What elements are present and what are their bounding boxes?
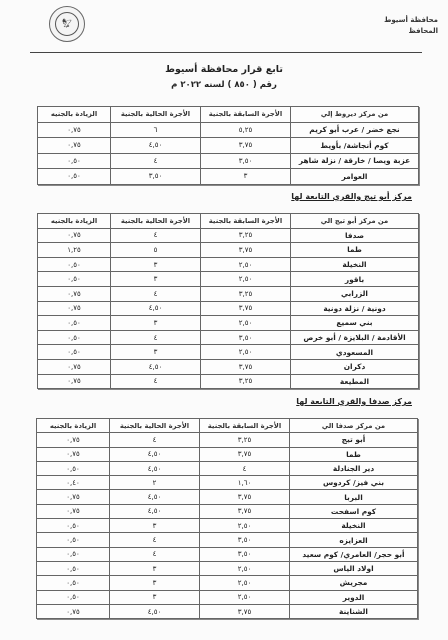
increase-cell: ٠,٧٥ xyxy=(37,490,110,504)
table-row: نجع خضر / عرب أبو كريم٥,٢٥٦٠,٧٥ xyxy=(38,122,419,138)
increase-cell: ٠,٧٥ xyxy=(37,504,110,518)
current-fare-cell: ٤,٥٠ xyxy=(111,359,201,374)
current-fare-cell: ٣ xyxy=(111,272,201,287)
destination-cell: المسعودي xyxy=(291,345,419,360)
table-row: النخيلة٢,٥٠٣٠,٥٠ xyxy=(38,257,419,272)
previous-fare-cell: ٣,٧٥ xyxy=(201,301,291,316)
current-fare-cell: ٣ xyxy=(110,590,200,604)
destination-cell: طما xyxy=(290,447,418,461)
increase-cell: ٠,٥٠ xyxy=(38,272,111,287)
current-fare-cell: ٦ xyxy=(111,122,201,138)
previous-fare-cell: ٣,٧٥ xyxy=(200,604,290,618)
table-header-row: من مركز أبو تيج اليالأجرة السابقة بالجني… xyxy=(38,214,419,229)
destination-cell: أبو تيج xyxy=(290,433,418,447)
destination-cell: الزرابي xyxy=(291,286,419,301)
table-row: دونية / نزلة دونية٣,٧٥٤,٥٠٠,٧٥ xyxy=(38,301,419,316)
destination-cell: بني سميع xyxy=(291,316,419,331)
table-header-row: من مركز ديروط إليالأجرة السابقة بالجنيةا… xyxy=(38,107,419,123)
previous-fare-cell: ٣,٧٥ xyxy=(200,504,290,518)
table-row: بني سميع٢,٥٠٣٠,٥٠ xyxy=(38,316,419,331)
table-row: الزرابي٣,٢٥٤٠,٧٥ xyxy=(38,286,419,301)
previous-fare-cell: ٢,٥٠ xyxy=(201,272,291,287)
column-header-from: من مركز أبو تيج الي xyxy=(291,214,419,229)
destination-cell: مجريش xyxy=(290,576,418,590)
previous-fare-cell: ٥,٢٥ xyxy=(201,122,291,138)
destination-cell: بني فيز/ كردوس xyxy=(290,476,418,490)
current-fare-cell: ٣,٥٠ xyxy=(111,169,201,185)
column-header-current-fare: الأجرة الحالية بالجنية xyxy=(111,107,201,123)
current-fare-cell: ٤,٥٠ xyxy=(110,504,200,518)
previous-fare-cell: ٣,٢٥ xyxy=(201,228,291,243)
column-header-from: من مركز ديروط إلي xyxy=(291,107,419,123)
increase-cell: ٠,٥٠ xyxy=(37,461,110,475)
current-fare-cell: ٣ xyxy=(110,561,200,575)
increase-cell: ٠,٧٥ xyxy=(38,374,111,389)
increase-cell: ٠,٥٠ xyxy=(38,330,111,345)
destination-cell: طما xyxy=(291,243,419,258)
destination-cell: دونية / نزلة دونية xyxy=(291,301,419,316)
previous-fare-cell: ٢,٥٠ xyxy=(201,345,291,360)
increase-cell: ٠,٥٠ xyxy=(38,153,111,169)
destination-cell: كوم اسفحت xyxy=(290,504,418,518)
table-row: المسعودي٢,٥٠٣٠,٥٠ xyxy=(38,345,419,360)
increase-cell: ٠,٥٠ xyxy=(37,590,110,604)
previous-fare-cell: ٢,٥٠ xyxy=(201,316,291,331)
table-row: النخيلة٢,٥٠٣٠,٥٠ xyxy=(37,519,418,533)
destination-cell: النخيلة xyxy=(290,519,418,533)
table-row: كوم اسفحت٣,٧٥٤,٥٠٠,٧٥ xyxy=(37,504,418,518)
current-fare-cell: ٤ xyxy=(110,433,200,447)
increase-cell: ٠,٥٠ xyxy=(38,257,111,272)
table-row: دكران٣,٧٥٤,٥٠٠,٧٥ xyxy=(38,359,419,374)
increase-cell: ٠,٧٥ xyxy=(37,433,110,447)
destination-cell: المطيعة xyxy=(291,374,419,389)
decree-number: رقم ( ٨٥٠ ) لسنه ٢٠٢٢ م xyxy=(0,80,448,90)
current-fare-cell: ٣ xyxy=(111,345,201,360)
increase-cell: ٠,٥٠ xyxy=(38,316,111,331)
table-row: باقور٢,٥٠٣٠,٥٠ xyxy=(38,272,419,287)
increase-cell: ٠,٥٠ xyxy=(38,345,111,360)
column-header-previous-fare: الأجرة السابقة بالجنية xyxy=(201,107,291,123)
table-row: دير الجنادلة٤٤,٥٠٠,٥٠ xyxy=(37,461,418,475)
destination-cell: عزبة ويصا / خارقة / نزلة شاهر xyxy=(291,153,419,169)
current-fare-cell: ٤,٥٠ xyxy=(110,461,200,475)
eagle-icon: 🦅︎ xyxy=(55,12,79,36)
previous-fare-cell: ٣,٢٥ xyxy=(200,433,290,447)
increase-cell: ٠,٧٥ xyxy=(38,138,111,154)
emblem-icon: 🦅︎ xyxy=(49,6,85,42)
increase-cell: ٠,٧٥ xyxy=(37,447,110,461)
previous-fare-cell: ٣,٧٥ xyxy=(200,490,290,504)
increase-cell: ٠,٤٠ xyxy=(37,476,110,490)
increase-cell: ٠,٥٠ xyxy=(37,561,110,575)
table-row: طما٣,٧٥٤,٥٠٠,٧٥ xyxy=(37,447,418,461)
previous-fare-cell: ٣,٢٥ xyxy=(201,374,291,389)
table-row: العزايزه٣,٥٠٤٠,٥٠ xyxy=(37,533,418,547)
current-fare-cell: ٤ xyxy=(110,533,200,547)
letterhead-text: محافظة أسيوط المحافظ xyxy=(372,15,438,37)
destination-cell: العوامر xyxy=(291,169,419,185)
increase-cell: ٠,٧٥ xyxy=(38,286,111,301)
previous-fare-cell: ٣ xyxy=(201,169,291,185)
table-row: طما٣,٧٥٥١,٢٥ xyxy=(38,243,419,258)
current-fare-cell: ٤,٥٠ xyxy=(111,301,201,316)
table-row: أبو حجر/ العامري/ كوم سعيد٣,٥٠٤٠,٥٠ xyxy=(37,547,418,561)
current-fare-cell: ٤,٥٠ xyxy=(111,138,201,154)
section-heading-sidfa: مركز صدفا والقري التابعة لها xyxy=(296,397,412,406)
current-fare-cell: ٣ xyxy=(110,576,200,590)
destination-cell: دير الجنادلة xyxy=(290,461,418,475)
previous-fare-cell: ٣,٧٥ xyxy=(200,447,290,461)
previous-fare-cell: ٢,٥٠ xyxy=(200,576,290,590)
current-fare-cell: ٣ xyxy=(111,257,201,272)
table-row: عزبة ويصا / خارقة / نزلة شاهر٣,٥٠٤٠,٥٠ xyxy=(38,153,419,169)
column-header-current-fare: الأجرة الحالية بالجنية xyxy=(110,419,200,433)
destination-cell: أبو حجر/ العامري/ كوم سعيد xyxy=(290,547,418,561)
destination-cell: النخيلة xyxy=(291,257,419,272)
column-header-current-fare: الأجرة الحالية بالجنية xyxy=(111,214,201,229)
previous-fare-cell: ٤ xyxy=(200,461,290,475)
column-header-increase: الزيادة بالجنيه xyxy=(38,214,111,229)
current-fare-cell: ٣ xyxy=(110,519,200,533)
increase-cell: ٠,٧٥ xyxy=(38,359,111,374)
destination-cell: اولاد الياس xyxy=(290,561,418,575)
current-fare-cell: ٤ xyxy=(111,286,201,301)
current-fare-cell: ٤ xyxy=(111,153,201,169)
destination-cell: كوم أنجاشة/ بأويط xyxy=(291,138,419,154)
previous-fare-cell: ٣,٥٠ xyxy=(201,330,291,345)
increase-cell: ٠,٥٠ xyxy=(38,169,111,185)
previous-fare-cell: ١,٦٠ xyxy=(200,476,290,490)
section-heading-abu-tig: مركز أبو تيج والقري التابعة لها xyxy=(291,192,412,201)
column-header-increase: الزيادة بالجنيه xyxy=(38,107,111,123)
previous-fare-cell: ٢,٥٠ xyxy=(200,519,290,533)
increase-cell: ٠,٧٥ xyxy=(37,604,110,618)
increase-cell: ٠,٥٠ xyxy=(37,547,110,561)
current-fare-cell: ٤ xyxy=(111,330,201,345)
increase-cell: ٠,٥٠ xyxy=(37,519,110,533)
fares-table-sidfa: من مركز صدفا اليالأجرة السابقة بالجنيةال… xyxy=(36,418,418,619)
table-row: الشناينة٣,٧٥٤,٥٠٠,٧٥ xyxy=(37,604,418,618)
table-row: المطيعة٣,٢٥٤٠,٧٥ xyxy=(38,374,419,389)
current-fare-cell: ٤,٥٠ xyxy=(110,604,200,618)
destination-cell: العزايزه xyxy=(290,533,418,547)
column-header-previous-fare: الأجرة السابقة بالجنية xyxy=(201,214,291,229)
current-fare-cell: ٤ xyxy=(110,547,200,561)
previous-fare-cell: ٣,٥٠ xyxy=(201,153,291,169)
destination-cell: الأقادمة / البلايزة / أبو خرص xyxy=(291,330,419,345)
table-row: بني فيز/ كردوس١,٦٠٢٠,٤٠ xyxy=(37,476,418,490)
previous-fare-cell: ٢,٥٠ xyxy=(201,257,291,272)
document-title: تابع قرار محافظة أسيوط xyxy=(0,64,448,75)
table-row: كوم أنجاشة/ بأويط٣,٧٥٤,٥٠٠,٧٥ xyxy=(38,138,419,154)
current-fare-cell: ٣ xyxy=(111,316,201,331)
increase-cell: ٠,٥٠ xyxy=(37,576,110,590)
table-row: أبو تيج٣,٢٥٤٠,٧٥ xyxy=(37,433,418,447)
previous-fare-cell: ٢,٥٠ xyxy=(200,561,290,575)
table-row: اولاد الياس٢,٥٠٣٠,٥٠ xyxy=(37,561,418,575)
table-row: العوامر٣٣,٥٠٠,٥٠ xyxy=(38,169,419,185)
current-fare-cell: ٢ xyxy=(110,476,200,490)
header-divider xyxy=(30,52,422,53)
table-header-row: من مركز صدفا اليالأجرة السابقة بالجنيةال… xyxy=(37,419,418,433)
previous-fare-cell: ٢,٥٠ xyxy=(200,590,290,604)
table-row: مجريش٢,٥٠٣٠,٥٠ xyxy=(37,576,418,590)
current-fare-cell: ٤,٥٠ xyxy=(110,490,200,504)
column-header-previous-fare: الأجرة السابقة بالجنية xyxy=(200,419,290,433)
column-header-from: من مركز صدفا الي xyxy=(290,419,418,433)
current-fare-cell: ٤,٥٠ xyxy=(110,447,200,461)
table-row: الدوير٢,٥٠٣٠,٥٠ xyxy=(37,590,418,604)
fares-table-dairut: من مركز ديروط إليالأجرة السابقة بالجنيةا… xyxy=(37,106,419,185)
current-fare-cell: ٤ xyxy=(111,228,201,243)
destination-cell: باقور xyxy=(291,272,419,287)
destination-cell: البربا xyxy=(290,490,418,504)
destination-cell: الدوير xyxy=(290,590,418,604)
previous-fare-cell: ٣,٢٥ xyxy=(201,286,291,301)
destination-cell: الشناينة xyxy=(290,604,418,618)
increase-cell: ٠,٧٥ xyxy=(38,228,111,243)
previous-fare-cell: ٣,٧٥ xyxy=(201,138,291,154)
increase-cell: ١,٢٥ xyxy=(38,243,111,258)
previous-fare-cell: ٣,٧٥ xyxy=(201,359,291,374)
column-header-increase: الزيادة بالجنيه xyxy=(37,419,110,433)
current-fare-cell: ٤ xyxy=(111,374,201,389)
fares-table-abu-tig: من مركز أبو تيج اليالأجرة السابقة بالجني… xyxy=(37,213,419,389)
destination-cell: صدفا xyxy=(291,228,419,243)
destination-cell: نجع خضر / عرب أبو كريم xyxy=(291,122,419,138)
increase-cell: ٠,٥٠ xyxy=(37,533,110,547)
table-row: البربا٣,٧٥٤,٥٠٠,٧٥ xyxy=(37,490,418,504)
increase-cell: ٠,٧٥ xyxy=(38,122,111,138)
previous-fare-cell: ٣,٥٠ xyxy=(200,547,290,561)
destination-cell: دكران xyxy=(291,359,419,374)
previous-fare-cell: ٣,٧٥ xyxy=(201,243,291,258)
current-fare-cell: ٥ xyxy=(111,243,201,258)
table-row: الأقادمة / البلايزة / أبو خرص٣,٥٠٤٠,٥٠ xyxy=(38,330,419,345)
table-row: صدفا٣,٢٥٤٠,٧٥ xyxy=(38,228,419,243)
letterhead-governor: المحافظ xyxy=(372,26,438,37)
letterhead-governorate: محافظة أسيوط xyxy=(372,15,438,26)
previous-fare-cell: ٣,٥٠ xyxy=(200,533,290,547)
increase-cell: ٠,٧٥ xyxy=(38,301,111,316)
